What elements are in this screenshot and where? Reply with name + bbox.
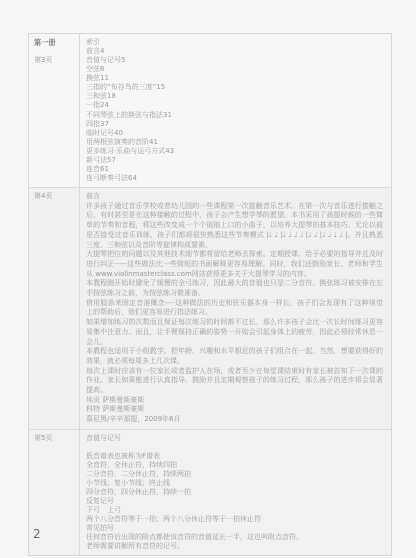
preface-paragraph: 许多孩子通过音乐学校或者幼儿园的一些课程第一次接触音乐艺术。在第一次与音乐进行接… bbox=[86, 202, 383, 251]
preface-paragraph: 埃贡 萨斯曼斯豪斯 bbox=[86, 396, 383, 406]
preface-content-cell: 前言许多孩子通过音乐学校或者幼儿园的一些课程第一次接触音乐艺术。在第一次与音乐进… bbox=[80, 188, 391, 429]
page-label: 第5页 bbox=[34, 434, 76, 443]
notation-line: 低音谱表也被称为F谱表 bbox=[86, 452, 383, 461]
toc-line: 三和弦18 bbox=[86, 92, 383, 101]
toc-line: 四指37 bbox=[86, 120, 383, 129]
notation-line: 二分音符，二分休止符，持续两拍 bbox=[86, 470, 383, 479]
preface-paragraph: 如果增加练习的次数而且保证每次练习的时间都不过长，那么许多孩子会比一次长时间练习… bbox=[86, 318, 383, 347]
toc-line: 三指的“布谷鸟的三度”15 bbox=[86, 83, 383, 92]
table-row-page4: 第4页 前言许多孩子通过音乐学校或者幼儿园的一些课程第一次接触音乐艺术。在第一次… bbox=[29, 187, 391, 429]
preface-paragraph: 科特 萨斯曼斯豪斯 bbox=[86, 405, 383, 415]
preface-paragraph: 本教程也适用于小组教学。把年龄、兴趣和水平相近的孩子们组合在一起。当然，想要获得… bbox=[86, 347, 383, 366]
preface-paragraph: 借用胶条来固定音准概念----这种做法的历史和弦乐器本身一样长。孩子们会发现有了… bbox=[86, 299, 383, 318]
notation-line: 四分音符，四分休止符，持续一拍 bbox=[86, 488, 383, 497]
toc-line: 换弦11 bbox=[86, 74, 383, 83]
notation-line: 任何音符后出现的附点都使该音符的音值延长一半，这也叫附点音符。 bbox=[86, 533, 383, 542]
notation-line: 两个八分音符等于一拍；两个八分休止符等于一拍休止符 bbox=[86, 515, 383, 524]
notation-line: 音值与记号 bbox=[86, 434, 383, 443]
toc-line: 索引 bbox=[86, 38, 383, 47]
contents-table: 第一册 第3页 索引前言4音值与记号5空弦6换弦11三指的“布谷鸟的三度”15三… bbox=[28, 33, 392, 556]
page-label: 第3页 bbox=[34, 56, 76, 65]
notation-line: 全音符，全休止符，持续四拍 bbox=[86, 461, 383, 470]
toc-line: 一指24 bbox=[86, 101, 383, 110]
toc-line: 连音61 bbox=[86, 165, 383, 174]
toc-line: 前言4 bbox=[86, 47, 383, 56]
table-row-page5: 第5页 音值与记号低音谱表也被称为F谱表全音符，全休止符，持续四拍二分音符，二分… bbox=[29, 429, 391, 555]
page-label: 第4页 bbox=[34, 192, 76, 201]
toc-line: 连弓断奏弓法64 bbox=[86, 174, 383, 183]
index-content-cell: 索引前言4音值与记号5空弦6换弦11三指的“布谷鸟的三度”15三和弦18一指24… bbox=[80, 34, 391, 187]
notation-content-cell: 音值与记号低音谱表也被称为F谱表全音符，全休止符，持续四拍二分音符，二分休止符，… bbox=[80, 430, 391, 555]
toc-line: 新弓法57 bbox=[86, 156, 383, 165]
notation-line bbox=[86, 443, 383, 452]
page-label-cell: 第一册 第3页 bbox=[29, 34, 80, 187]
preface-paragraph: 前言 bbox=[86, 192, 383, 202]
notation-line: 反复记号 bbox=[86, 497, 383, 506]
table-row-page3: 第一册 第3页 索引前言4音值与记号5空弦6换弦11三指的“布谷鸟的三度”15三… bbox=[29, 34, 391, 187]
toc-line: 用两根弦演奏的音阶41 bbox=[86, 138, 383, 147]
notation-line: 下弓 上弓 bbox=[86, 506, 383, 515]
notation-line: 小节线；复小节线；终止线 bbox=[86, 479, 383, 488]
page-number: 2 bbox=[33, 527, 41, 541]
notation-line: 老师需要讲解所有音符的记号。 bbox=[86, 542, 383, 551]
preface-paragraph: 本教程刚开始时避免了缓慢的全弓练习，因此最大的音值也只是二分音符。换弦练习被安排… bbox=[86, 279, 383, 298]
preface-paragraph: 大提琴把位的问题以及其他技术细节都将留给老师去探索。定期授课、给予必要的指导并且… bbox=[86, 250, 383, 279]
toc-line: 临时记号40 bbox=[86, 129, 383, 138]
toc-line: 不同琴弦上的换弦与指法31 bbox=[86, 111, 383, 120]
page-label-cell: 第4页 bbox=[29, 188, 80, 429]
preface-paragraph: 慕尼黑/辛辛那提，2009年6月 bbox=[86, 415, 383, 425]
notation-line: 常见拍号 bbox=[86, 524, 383, 533]
toc-line: 空弦6 bbox=[86, 65, 383, 74]
preface-paragraph: 每次上课时应该有一位家长或者监护人在场，或者至少在每堂课结束时有家长被告知下一次… bbox=[86, 367, 383, 396]
volume-label: 第一册 bbox=[34, 38, 76, 47]
document-page: 第一册 第3页 索引前言4音值与记号5空弦6换弦11三指的“布谷鸟的三度”15三… bbox=[0, 0, 416, 558]
toc-line: 更多练习·乐曲与运弓方式43 bbox=[86, 147, 383, 156]
toc-line: 音值与记号5 bbox=[86, 56, 383, 65]
